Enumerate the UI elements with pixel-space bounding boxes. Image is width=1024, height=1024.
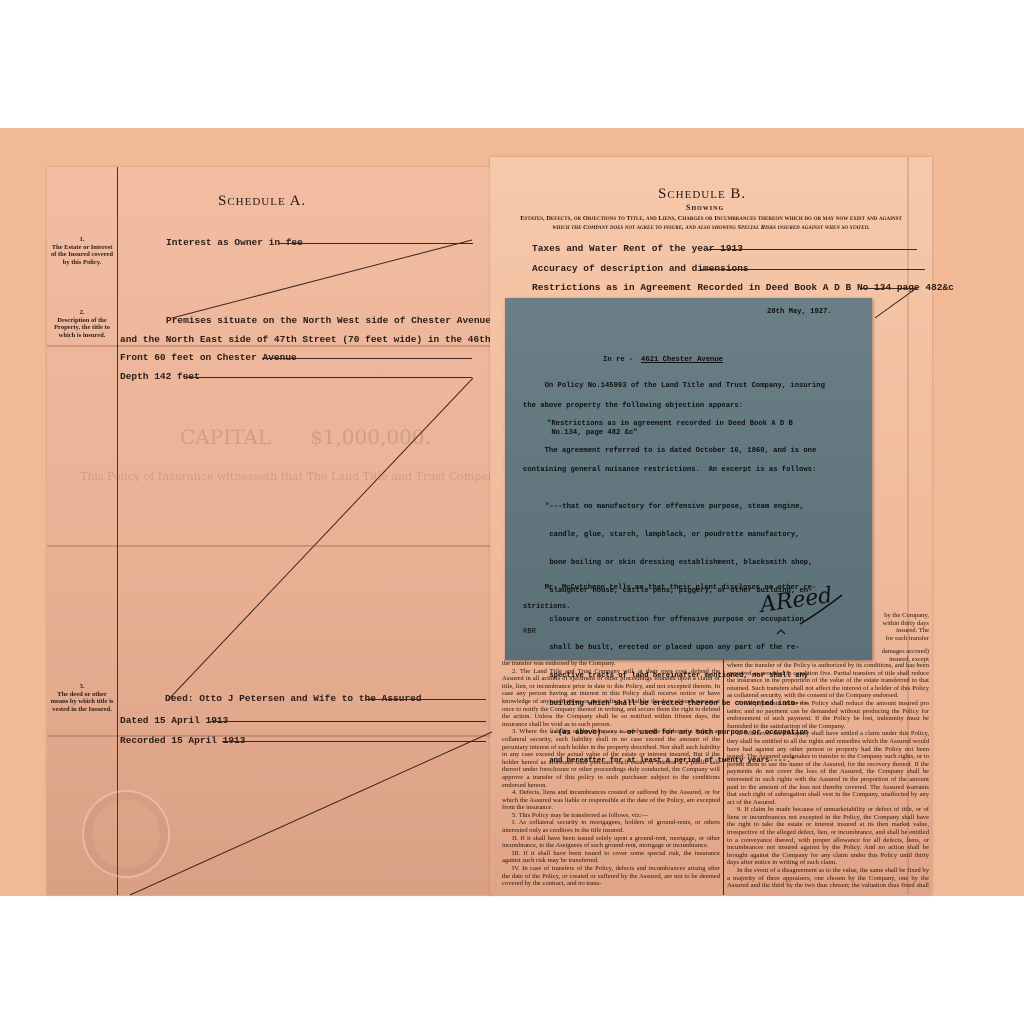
condition-fragment: damages accrued) (873, 648, 929, 656)
excerpt-line: closure or construction for offensive pu… (545, 616, 812, 625)
watermark-policy-text: This Policy of Insurance witnesseth that… (80, 470, 501, 483)
memo-paragraph-line: The agreement referred to is dated Octob… (523, 447, 816, 456)
condition-fragment: by the Company, (873, 612, 929, 620)
schedule-b-description-1: Estates, Defects, or Objections to Title… (497, 215, 925, 223)
excerpt-line: bone boiling or skin dressing establishm… (545, 559, 812, 568)
memo-paragraph-line: the above property the following objecti… (523, 402, 743, 411)
margin-rule (117, 167, 118, 895)
fill-line (707, 249, 917, 250)
excerpt-line: candle, glue, starch, lampblack, or poud… (545, 531, 812, 540)
condition-paragraph: I. As collateral security to mortgagees,… (502, 819, 720, 834)
embossed-seal (82, 790, 170, 878)
margin-note-text: Description of the Property, the title t… (50, 317, 114, 340)
excerpt-line: shall be built, erected or placed upon a… (545, 644, 812, 653)
fold-crease (47, 735, 493, 737)
premises-line-2: and the North East side of 47th Street (… (120, 334, 553, 345)
margin-note-number: 2. (50, 309, 114, 317)
condition-fragment: for each transfer (873, 635, 929, 643)
excerpt-line: spective tracts of land hereinafter ment… (545, 672, 812, 681)
schedule-b-title: Schedule B. (658, 186, 746, 203)
condition-paragraph: IV. In case of transfers of the Policy, … (502, 865, 720, 888)
watermark-amount: $1,000,000. (310, 425, 431, 449)
fold-crease (47, 345, 493, 347)
margin-note-number: 1. (50, 236, 114, 244)
memo-paragraph-line: On Policy No.145993 of the Land Title an… (523, 382, 825, 391)
excerpt-line: and hereafter for at least a period of t… (545, 757, 812, 766)
memo-date: 28th May, 1927. (767, 308, 832, 317)
memo-re-label: In re - (603, 356, 638, 365)
condition-paragraph: In the event of a disagreement as to the… (727, 867, 929, 888)
fill-line (186, 377, 472, 378)
fill-line (278, 243, 473, 244)
condition-fragment: insured. The (873, 627, 929, 635)
fold-crease (47, 545, 493, 547)
margin-note-number: 3. (50, 683, 114, 691)
fill-line (700, 269, 925, 270)
margin-note-deed: 3. The deed or other means by which titl… (50, 683, 114, 713)
schedule-a-title: Schedule A. (218, 193, 306, 210)
memo-initials: RBR (523, 628, 536, 637)
excerpt-line: "---that no manufactory for offensive pu… (545, 503, 812, 512)
fill-line (262, 358, 472, 359)
condition-fragment: within thirty days (873, 620, 929, 628)
memo-quote-line: "Restrictions as in agreement recorded i… (547, 420, 793, 429)
fill-line (366, 699, 486, 700)
watermark-capital: CAPITAL (180, 425, 271, 449)
schedule-b-subtitle: Showing (686, 203, 724, 212)
excerpt-line: --(as above)------or used for any such p… (545, 729, 812, 738)
condition-paragraph: 9. If claim be made because of unmarketa… (727, 806, 929, 867)
condition-paragraph: III. If it shall have been issued to cov… (502, 850, 720, 865)
condition-paragraph: II. If it shall have been issued solely … (502, 835, 720, 850)
fill-line (210, 721, 486, 722)
conditions-right-column-top: by the Company, within thirty days insur… (873, 612, 929, 664)
schedule-a-page (47, 167, 493, 895)
excerpt-line: building which shall be erected thereon … (545, 700, 812, 709)
memo-re-address: 4621 Chester Avenue (641, 356, 723, 365)
margin-note-text: The deed or other means by which title i… (50, 691, 114, 714)
memo-excerpt: "---that no manufactory for offensive pu… (545, 484, 812, 785)
condition-paragraph: 5. This Policy may be transferred as fol… (502, 812, 720, 820)
fill-line (862, 288, 917, 289)
memo-quote-line: No.134, page 482 &c" (547, 429, 638, 438)
schedule-b-description-2: which the Company does not agree to insu… (497, 224, 925, 232)
memo-paragraph-line: strictions. (523, 603, 570, 612)
margin-note-estate: 1. The Estate or Interest of the Insured… (50, 236, 114, 266)
condition-paragraph: 4. Defects, liens and incumbrances creat… (502, 789, 720, 812)
fill-line (222, 741, 486, 742)
memo-paragraph-line: containing general nuisance restrictions… (523, 466, 816, 475)
margin-note-text: The Estate or Interest of the Insured co… (50, 244, 114, 267)
margin-note-description: 2. Description of the Property, the titl… (50, 309, 114, 339)
